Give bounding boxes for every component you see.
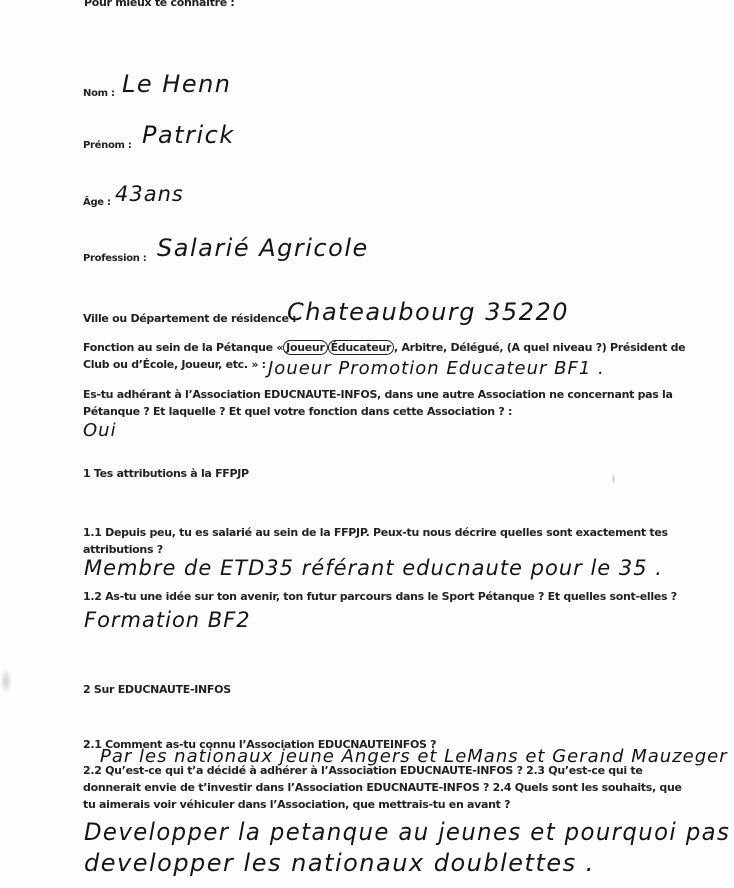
fonction-answer: Joueur Promotion Educateur BF1 . [268, 358, 605, 379]
section2-title: 2 Sur EDUCNAUTE-INFOS [83, 683, 231, 696]
fonction-prefix: Fonction au sein de la Pétanque « [83, 341, 283, 354]
fonction-question-line1: Fonction au sein de la Pétanque «JoueurÉ… [83, 341, 685, 354]
scan-smudge [0, 668, 12, 694]
answer-2-2-line1: Developper la petanque au jeunes et pour… [84, 818, 730, 846]
ville-value: Chateaubourg 35220 [287, 298, 569, 326]
answer-1-2: Formation BF2 [84, 608, 251, 632]
answer-2-2-line2: developper les nationaux doublettes . [84, 849, 595, 877]
question-1-1-line1: 1.1 Depuis peu, tu es salarié au sein de… [83, 526, 668, 539]
question-2-2-line3: tu aimerais voir véhiculer dans l’Associ… [83, 798, 510, 811]
nom-label: Nom : [83, 88, 115, 99]
prenom-value: Patrick [142, 121, 235, 149]
answer-1-1: Membre de ETD35 référant educnaute pour … [84, 556, 663, 580]
age-label: Âge : [83, 197, 111, 208]
option-joueur-circled: Joueur [283, 340, 327, 355]
profession-label: Profession : [83, 253, 146, 264]
prenom-label: Prénom : [83, 140, 132, 151]
adherent-question-line1: Es-tu adhérant à l’Association EDUCNAUTE… [83, 388, 673, 401]
fonction-suffix: , Arbitre, Délégué, (A quel niveau ?) Pr… [394, 341, 685, 354]
age-value: 43ans [115, 182, 184, 206]
adherent-answer: Oui [83, 420, 117, 441]
nom-value: Le Henn [122, 70, 232, 98]
ville-label: Ville ou Département de résidence : [83, 312, 296, 325]
scan-speck [612, 474, 615, 484]
form-header: Pour mieux te connaître : [84, 0, 235, 9]
adherent-question-line2: Pétanque ? Et laquelle ? Et quel votre f… [83, 405, 512, 418]
fonction-question-line2: Club ou d’École, Joueur, etc. » : [83, 358, 266, 371]
profession-value: Salarié Agricole [157, 234, 369, 262]
question-2-2-line1: 2.2 Qu’est-ce qui t’a décidé à adhérer à… [83, 764, 643, 777]
scanned-form-page: Pour mieux te connaître : Nom : Le Henn … [0, 0, 734, 888]
question-1-2: 1.2 As-tu une idée sur ton avenir, ton f… [83, 590, 677, 603]
question-2-2-line2: donnerait envie de t’investir dans l’Ass… [83, 781, 682, 794]
option-educateur-circled: Éducateur [328, 340, 394, 355]
question-1-1-line2: attributions ? [83, 543, 163, 556]
section1-title: 1 Tes attributions à la FFPJP [83, 467, 249, 480]
